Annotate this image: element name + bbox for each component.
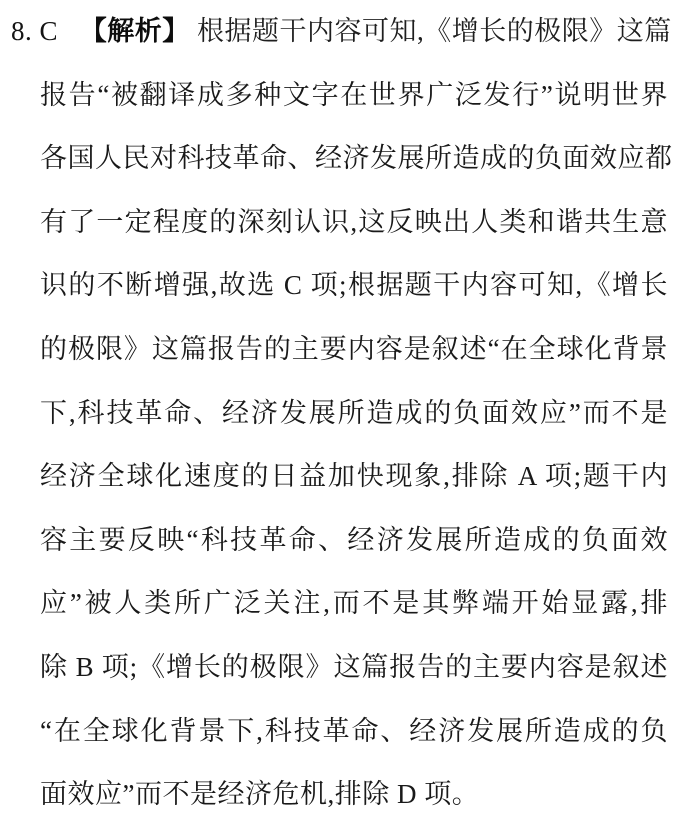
explanation-line: 除 B 项;《增长的极限》这篇报告的主要内容是叙述 xyxy=(40,636,668,700)
explanation-line: 识的不断增强,故选 C 项;根据题干内容可知,《增长 xyxy=(40,254,668,318)
explanation-line-first: 8. C 【解析】 根据题干内容可知,《增长的极限》这篇 xyxy=(40,0,668,64)
explanation-line: 面效应”而不是经济危机,排除 D 项。 xyxy=(40,763,668,827)
explanation-line: 经济全球化速度的日益加快现象,排除 A 项;题干内 xyxy=(40,445,668,509)
explanation-line: 容主要反映“科技革命、经济发展所造成的负面效 xyxy=(40,509,668,573)
explanation-line: “在全球化背景下,科技革命、经济发展所造成的负 xyxy=(40,700,668,764)
analysis-label: 【解析】 xyxy=(80,16,190,46)
explanation-line: 报告“被翻译成多种文字在世界广泛发行”说明世界 xyxy=(40,64,668,128)
spacer xyxy=(65,16,72,46)
explanation-line: 下,科技革命、经济发展所造成的负面效应”而不是 xyxy=(40,382,668,446)
explanation-paragraph: 8. C 【解析】 根据题干内容可知,《增长的极限》这篇 报告“被翻译成多种文字… xyxy=(40,0,668,827)
answer-explanation-page: 8. C 【解析】 根据题干内容可知,《增长的极限》这篇 报告“被翻译成多种文字… xyxy=(0,0,691,828)
explanation-line: 应”被人类所广泛关注,而不是其弊端开始显露,排 xyxy=(40,572,668,636)
question-number-and-answer: 8. C xyxy=(11,16,58,46)
explanation-line: 的极限》这篇报告的主要内容是叙述“在全球化背景 xyxy=(40,318,668,382)
explanation-line: 各国人民对科技革命、经济发展所造成的负面效应都 xyxy=(40,127,668,191)
explanation-line: 有了一定程度的深刻认识,这反映出人类和谐共生意 xyxy=(40,191,668,255)
explanation-lines-container: 报告“被翻译成多种文字在世界广泛发行”说明世界各国人民对科技革命、经济发展所造成… xyxy=(40,64,668,827)
explanation-text-start: 根据题干内容可知,《增长的极限》这篇 xyxy=(197,16,672,46)
